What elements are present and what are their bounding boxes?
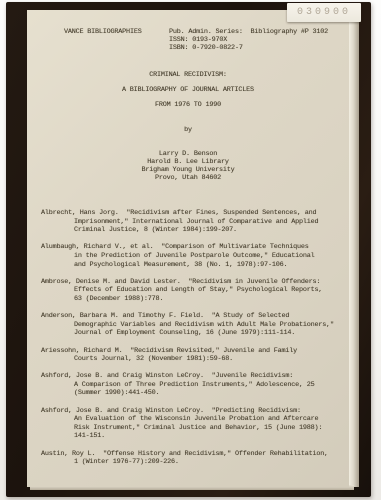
issn-line: ISSN: 0193-970X [169, 36, 328, 44]
bibliography-entry: Anderson, Barbara M. and Timothy F. Fiel… [41, 312, 343, 338]
bibliography-entry: Ambrose, Denise M. and David Lester. "Re… [41, 278, 343, 304]
publisher-name: VANCE BIBLIOGRAPHIES [64, 28, 142, 36]
title-line-3: FROM 1976 TO 1990 [27, 102, 349, 109]
author-university: Brigham Young University [27, 166, 349, 174]
bibliography-entry: Alumbaugh, Richard V., et al. "Compariso… [41, 243, 343, 269]
publication-info: Pub. Admin. Series: Bibliography #P 3102… [169, 28, 328, 52]
isbn-line: ISBN: 0-7920-0822-7 [169, 44, 328, 52]
page-edge-stack [349, 11, 359, 487]
author-library: Harold B. Lee Library [27, 158, 349, 166]
document-page: VANCE BIBLIOGRAPHIES Pub. Admin. Series:… [27, 10, 349, 487]
title-block: CRIMINAL RECIDIVISM: A BIBLIOGRAPHY OF J… [27, 72, 349, 134]
book-cover: VANCE BIBLIOGRAPHIES Pub. Admin. Series:… [6, 2, 371, 497]
byline: by [27, 127, 349, 134]
bibliography-list: Albrecht, Hans Jorg. "Recidivism after F… [41, 209, 343, 475]
sticker-number: 030900 [297, 7, 351, 18]
catalog-sticker: 030900 [287, 3, 361, 22]
bibliography-entry: Ariessohn, Richard M. "Recidivism Revisi… [41, 347, 343, 364]
author-block: Larry D. Benson Harold B. Lee Library Br… [27, 150, 349, 182]
series-line: Pub. Admin. Series: Bibliography #P 3102 [169, 28, 328, 36]
photo-backdrop: VANCE BIBLIOGRAPHIES Pub. Admin. Series:… [0, 0, 381, 500]
bibliography-entry: Ashford, Jose B. and Craig Winston LeCro… [41, 407, 343, 441]
bibliography-entry: Austin, Roy L. "Offense History and Reci… [41, 450, 343, 467]
author-city: Provo, Utah 84602 [27, 174, 349, 182]
bibliography-entry: Ashford, Jose B. and Craig Winston LeCro… [41, 372, 343, 398]
author-name: Larry D. Benson [27, 150, 349, 158]
title-line-2: A BIBLIOGRAPHY OF JOURNAL ARTICLES [27, 87, 349, 94]
title-line-1: CRIMINAL RECIDIVISM: [27, 72, 349, 79]
bibliography-entry: Albrecht, Hans Jorg. "Recidivism after F… [41, 209, 343, 235]
